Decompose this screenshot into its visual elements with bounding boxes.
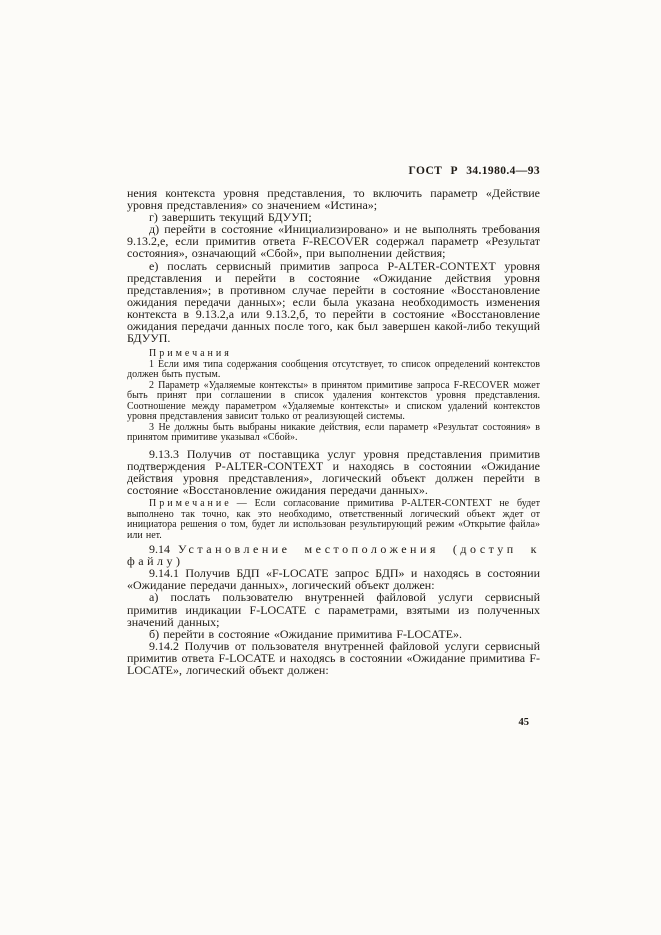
list-item-d: д) перейти в состояние «Инициализировано… xyxy=(127,223,540,259)
doc-code: ГОСТ Р 34.1980.4—93 xyxy=(409,165,540,177)
paragraph-9-14-2: 9.14.2 Получив от пользователя внутренне… xyxy=(127,640,540,676)
page-header: ГОСТ Р 34.1980.4—93 xyxy=(127,165,540,177)
document-content: нения контекста уровня представления, то… xyxy=(127,187,540,676)
note-item-1: 1 Если имя типа содержания сообщения отс… xyxy=(127,360,540,381)
notes-block: Примечания 1 Если имя типа содержания со… xyxy=(127,349,540,444)
page-number: 45 xyxy=(127,717,529,728)
list-item-a: а) послать пользователю внутренней файло… xyxy=(127,591,540,627)
note-item-3: 3 Не должны быть выбраны никакие действи… xyxy=(127,423,540,444)
section-title: Установление местоположения (доступ к фа… xyxy=(127,542,540,568)
list-item-e: е) послать сервисный примитив запроса P-… xyxy=(127,260,540,345)
note-single-text: Примечание— Если согласование примитива … xyxy=(127,499,540,541)
paragraph-9-13-3: 9.13.3 Получив от поставщика услуг уровн… xyxy=(127,448,540,496)
note-item-2: 2 Параметр «Удаляемые контексты» в приня… xyxy=(127,381,540,423)
paragraph-9-14-1: 9.14.1 Получив БДП «F-LOCATE запрос БДП»… xyxy=(127,567,540,591)
paragraph-continuation: нения контекста уровня представления, то… xyxy=(127,187,540,211)
note-block-single: Примечание— Если согласование примитива … xyxy=(127,499,540,541)
note-single-label: Примечание xyxy=(149,498,232,509)
section-heading-9-14: 9.14Установление местоположения (доступ … xyxy=(127,543,540,567)
document-page: ГОСТ Р 34.1980.4—93 нения контекста уров… xyxy=(0,0,661,935)
